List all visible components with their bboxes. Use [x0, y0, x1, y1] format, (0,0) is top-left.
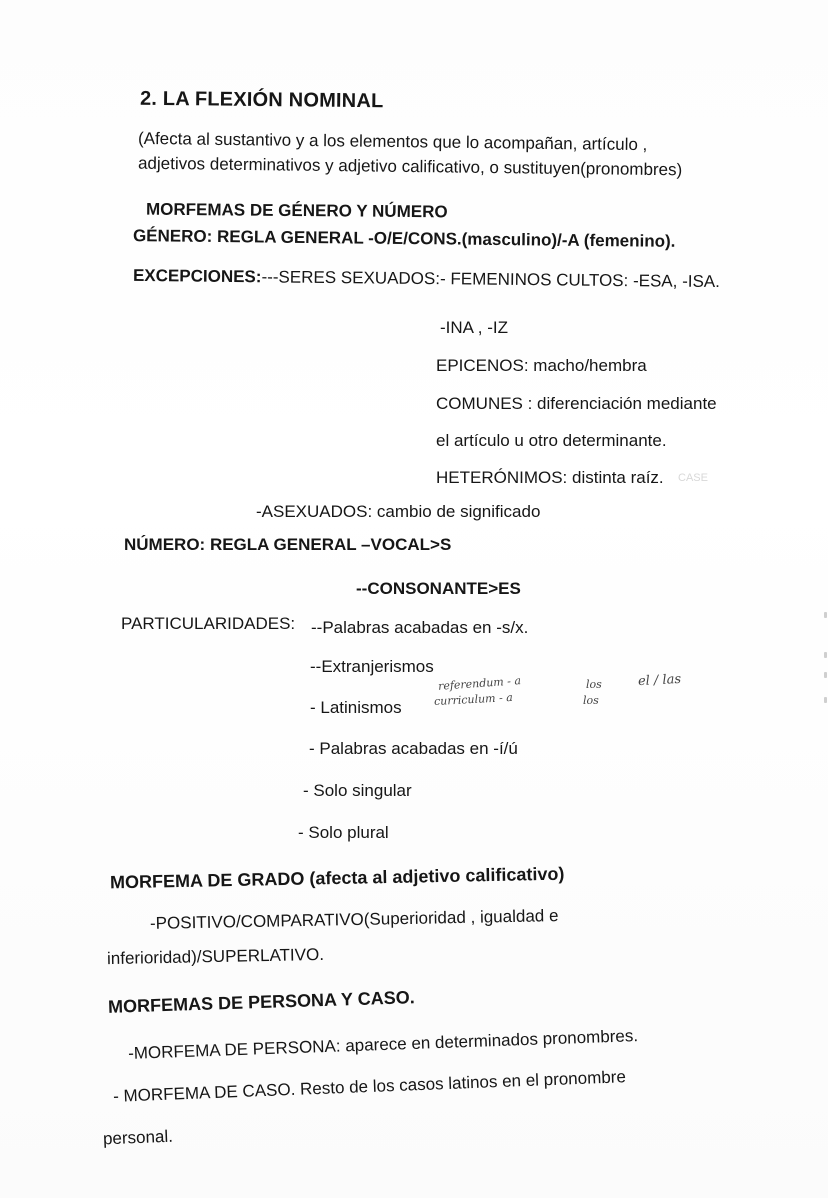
excepcion-line: COMUNES : diferenciación mediante: [436, 394, 717, 414]
handwritten-note: curriculum - a: [434, 691, 513, 708]
excepcion-line: el artículo u otro determinante.: [436, 431, 667, 451]
asexuados-line: -ASEXUADOS: cambio de significado: [256, 502, 540, 522]
handwritten-note: el / las: [638, 672, 682, 689]
genero-rule-text: : REGLA GENERAL -O/E/CONS.(masculino)/-A…: [207, 227, 676, 251]
faint-mark: CASE: [678, 472, 708, 484]
particularidades-label: PARTICULARIDADES:: [121, 614, 295, 634]
page-edge-mark: [824, 612, 827, 618]
intro-line-2: adjetivos determinativos y adjetivo cali…: [138, 154, 682, 181]
excepciones-text: ---SERES SEXUADOS:- FEMENINOS CULTOS: -E…: [261, 267, 720, 291]
heading-persona-caso: MORFEMAS DE PERSONA Y CASO.: [108, 987, 415, 1017]
numero-rule-2: --CONSONANTE>ES: [356, 579, 521, 599]
excepciones-label: EXCEPCIONES:: [133, 266, 262, 286]
handwritten-note: referendum - a: [438, 674, 522, 693]
excepcion-line: -INA , -IZ: [440, 318, 508, 338]
excepciones-line: EXCEPCIONES:---SERES SEXUADOS:- FEMENINO…: [133, 266, 720, 292]
page-edge-mark: [824, 672, 827, 678]
persona-caso-line: - MORFEMA DE CASO. Resto de los casos la…: [113, 1067, 626, 1107]
excepcion-line: EPICENOS: macho/hembra: [436, 356, 647, 376]
particularidad-item: --Palabras acabadas en -s/x.: [311, 618, 528, 638]
grado-line-1: -POSITIVO/COMPARATIVO(Superioridad , igu…: [150, 906, 559, 934]
particularidad-item: --Extranjerismos: [310, 657, 434, 677]
page-title: 2. LA FLEXIÓN NOMINAL: [140, 89, 384, 112]
handwritten-note: los: [583, 694, 599, 707]
persona-caso-line: personal.: [103, 1127, 174, 1150]
page-edge-mark: [824, 652, 827, 658]
particularidad-item: - Palabras acabadas en -í/ú: [309, 739, 518, 759]
page-edge-mark: [824, 697, 827, 703]
genero-rule: GÉNERO: REGLA GENERAL -O/E/CONS.(masculi…: [133, 226, 676, 252]
persona-caso-line: -MORFEMA DE PERSONA: aparece en determin…: [128, 1026, 639, 1064]
handwritten-note: los: [586, 678, 602, 691]
numero-rule: NÚMERO: REGLA GENERAL –VOCAL>S: [124, 535, 451, 555]
excepcion-line: HETERÓNIMOS: distinta raíz.: [436, 468, 664, 488]
particularidad-item: - Solo singular: [303, 781, 412, 801]
particularidad-item: - Latinismos: [310, 698, 402, 718]
heading-genero-numero: MORFEMAS DE GÉNERO Y NÚMERO: [146, 200, 448, 223]
heading-grado: MORFEMA DE GRADO (afecta al adjetivo cal…: [110, 864, 565, 893]
particularidad-item: - Solo plural: [298, 823, 389, 843]
document-page: 2. LA FLEXIÓN NOMINAL (Afecta al sustant…: [0, 0, 828, 1198]
intro-line-1: (Afecta al sustantivo y a los elementos …: [138, 129, 648, 155]
grado-line-2: inferioridad)/SUPERLATIVO.: [107, 945, 324, 969]
genero-label: GÉNERO: [133, 226, 207, 246]
